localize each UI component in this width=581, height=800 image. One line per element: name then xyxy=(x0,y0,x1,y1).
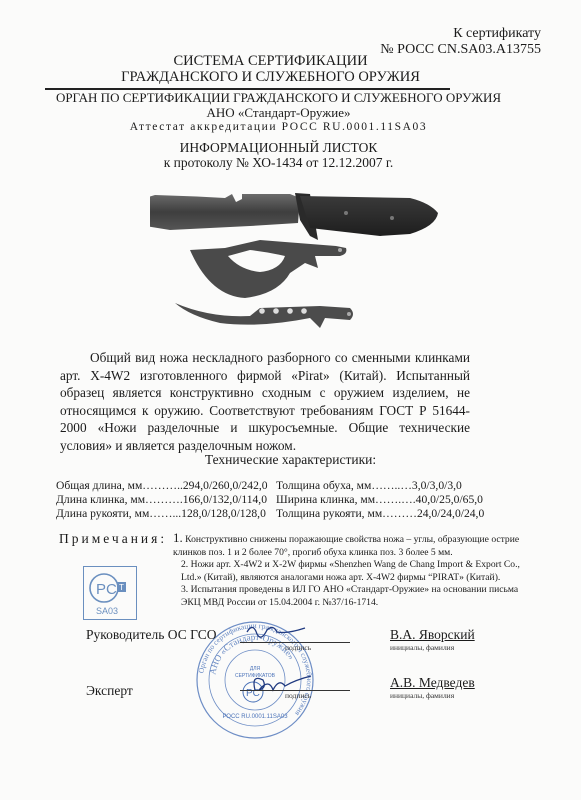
spec-value: 40,0/25,0/65,0 xyxy=(416,493,483,506)
specs-right-column: Толщина обуха, мм……..…3,0/3,0/3,0 Ширина… xyxy=(276,479,484,521)
spec-label: Ширина клинка, мм…….…. xyxy=(276,493,416,506)
spec-row: Длина рукояти, мм……...128,0/128,0/128,0 xyxy=(56,507,268,521)
spec-value: 166,0/132,0/114,0 xyxy=(183,493,267,506)
svg-text:СЕРТИФИКАТОВ: СЕРТИФИКАТОВ xyxy=(235,673,276,679)
svg-text:PC: PC xyxy=(96,581,117,598)
organ-ano: АНО «Стандарт-Оружие» xyxy=(0,105,569,121)
note-number: 2. xyxy=(181,559,188,570)
knife-photo xyxy=(150,168,450,338)
signatory-name-head: В.А. Яворский xyxy=(390,627,475,643)
note-text: Ножи арт. X-4W2 и X-2W фирмы «Shenzhen W… xyxy=(181,559,520,583)
svg-text:ДЛЯ: ДЛЯ xyxy=(250,666,261,672)
signature-caption: подпись xyxy=(285,643,311,652)
note-item: 2. Ножи арт. X-4W2 и X-2W фирмы «Shenzhe… xyxy=(173,559,523,584)
svg-text:РОСС RU.0001.11SA03: РОСС RU.0001.11SA03 xyxy=(222,714,288,720)
note-item: 1. Конструктивно снижены поражающие свой… xyxy=(173,532,523,559)
specs-left-column: Общая длина, мм………..294,0/260,0/242,0 Дл… xyxy=(56,479,268,521)
spec-row: Ширина клинка, мм…….….40,0/25,0/65,0 xyxy=(276,493,484,507)
system-title-line2: ГРАЖДАНСКОГО И СЛУЖЕБНОГО ОРУЖИЯ xyxy=(0,69,561,86)
accreditation-line: Аттестат аккредитации РОСС RU.0001.11SA0… xyxy=(0,121,569,133)
notes-label: Примечания: xyxy=(59,531,167,547)
certificate-reference-label: К сертификату xyxy=(453,25,541,42)
spec-value: 24,0/24,0/24,0 xyxy=(417,507,484,520)
note-item: 3. Испытания проведены в ИЛ ГО АНО «Стан… xyxy=(173,584,523,609)
description-paragraph: Общий вид ножа нескладного разборного со… xyxy=(60,349,470,455)
spec-row: Толщина обуха, мм……..…3,0/3,0/3,0 xyxy=(276,479,484,493)
note-text: Конструктивно снижены поражающие свойств… xyxy=(173,534,519,558)
pct-certification-logo: PC T SA03 xyxy=(83,566,137,620)
spec-value: 294,0/260,0/242,0 xyxy=(183,479,268,492)
system-title-line1: СИСТЕМА СЕРТИФИКАЦИИ xyxy=(0,53,561,70)
notes-list: 1. Конструктивно снижены поражающие свой… xyxy=(173,532,523,610)
organ-name: ОРГАН ПО СЕРТИФИКАЦИИ ГРАЖДАНСКОГО И СЛУ… xyxy=(0,90,569,105)
spec-label: Толщина рукояти, мм……… xyxy=(276,507,417,520)
signatory-role-head: Руководитель ОС ГСО xyxy=(86,627,216,643)
signatory-role-expert: Эксперт xyxy=(86,683,133,699)
spec-value: 128,0/128,0/128,0 xyxy=(181,507,266,520)
spec-row: Общая длина, мм………..294,0/260,0/242,0 xyxy=(56,479,268,493)
spec-row: Длина клинка, мм……….166,0/132,0/114,0 xyxy=(56,493,268,507)
name-caption: инициалы, фамилия xyxy=(390,643,454,652)
spec-label: Длина рукояти, мм……... xyxy=(56,507,181,520)
note-number: 1. xyxy=(173,530,183,545)
svg-text:T: T xyxy=(119,583,124,592)
signature-caption: подпись xyxy=(285,691,311,700)
specs-title: Технические характеристики: xyxy=(0,452,581,468)
spec-label: Длина клинка, мм………. xyxy=(56,493,183,506)
spec-value: 3,0/3,0/3,0 xyxy=(412,479,462,492)
logo-code: SA03 xyxy=(96,606,118,616)
note-text: Испытания проведены в ИЛ ГО АНО «Стандар… xyxy=(181,584,518,608)
spec-label: Толщина обуха, мм……..… xyxy=(276,479,412,492)
spec-row: Толщина рукояти, мм………24,0/24,0/24,0 xyxy=(276,507,484,521)
signatory-name-expert: А.В. Медведев xyxy=(390,675,475,691)
note-number: 3. xyxy=(181,584,188,595)
sheet-title: ИНФОРМАЦИОННЫЙ ЛИСТОК xyxy=(0,140,569,156)
name-caption: инициалы, фамилия xyxy=(390,691,454,700)
spec-label: Общая длина, мм……….. xyxy=(56,479,183,492)
